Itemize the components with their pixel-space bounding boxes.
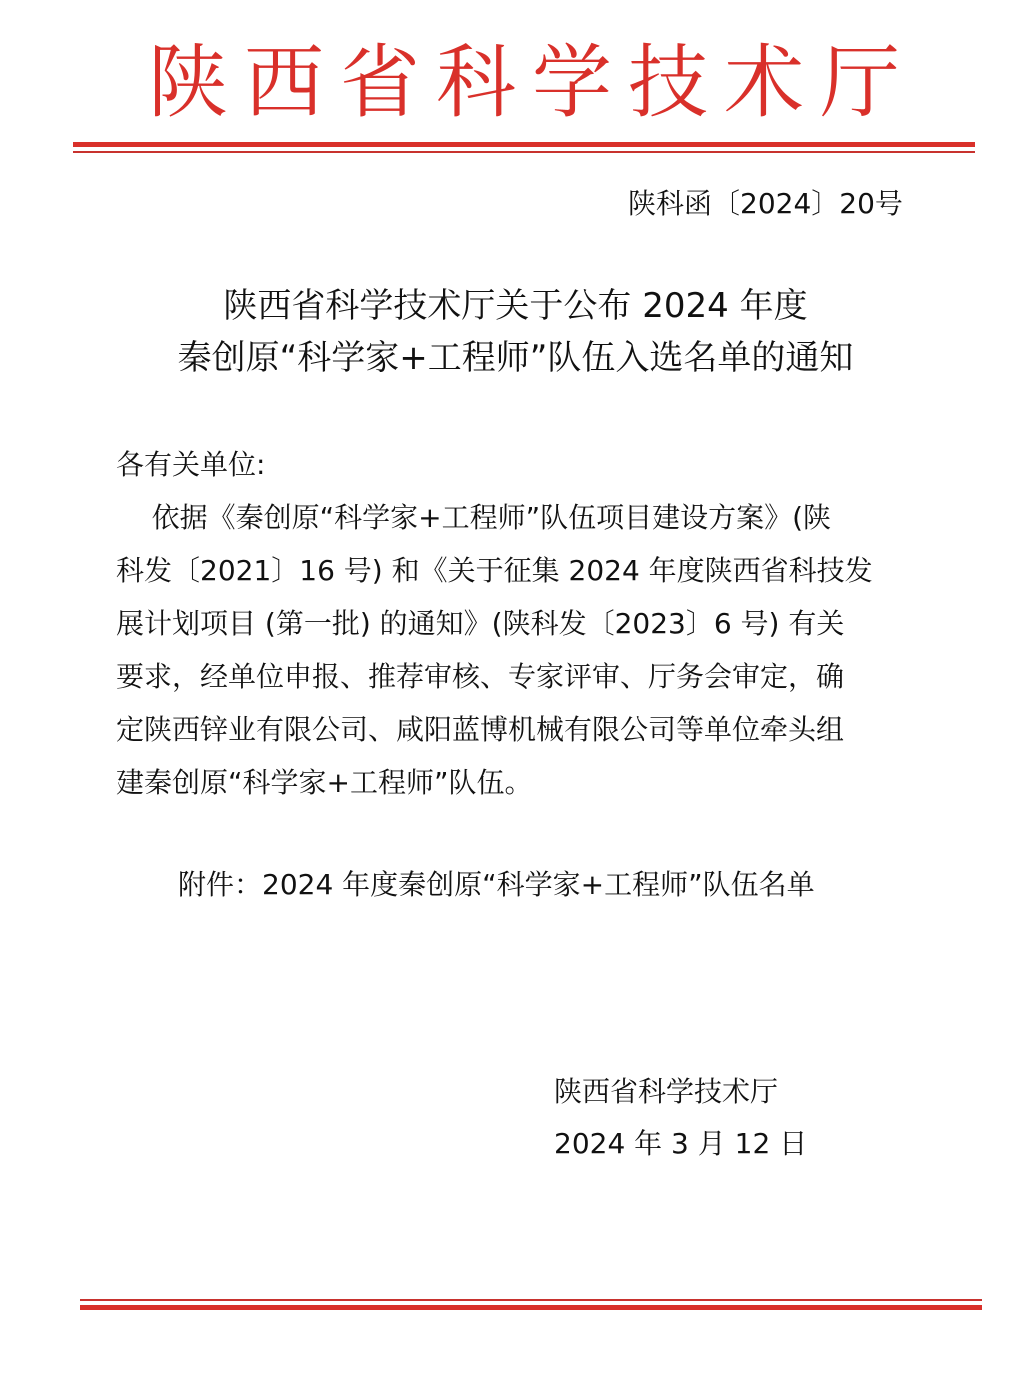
footer-rule-thin <box>80 1299 982 1301</box>
document-title-line2: 秦创原“科学家+工程师”队伍入选名单的通知 <box>0 332 1031 384</box>
salutation: 各有关单位: <box>116 438 265 491</box>
document-title-line1: 陕西省科学技术厅关于公布 2024 年度 <box>0 280 1031 332</box>
masthead-rule-thick <box>73 142 975 147</box>
body-line: 建秦创原“科学家+工程师”队伍。 <box>116 756 532 809</box>
masthead-org-name: 陕西省科学技术厅 <box>148 38 916 128</box>
signature-issuer: 陕西省科学技术厅 <box>554 1072 778 1112</box>
document-number: 陕科函〔2024〕20号 <box>628 184 903 224</box>
body-line: 科发〔2021〕16 号) 和《关于征集 2024 年度陕西省科技发 <box>116 544 873 597</box>
body-line: 定陕西锌业有限公司、咸阳蓝博机械有限公司等单位牵头组 <box>116 703 844 756</box>
body-line: 依据《秦创原“科学家+工程师”队伍项目建设方案》(陕 <box>116 491 831 544</box>
attachment-note: 附件：2024 年度秦创原“科学家+工程师”队伍名单 <box>178 858 815 911</box>
signature-date: 2024 年 3 月 12 日 <box>554 1124 807 1164</box>
body-line: 展计划项目 (第一批) 的通知》(陕科发〔2023〕6 号) 有关 <box>116 597 844 650</box>
masthead-rule-thin <box>73 151 975 153</box>
body-line: 要求，经单位申报、推荐审核、专家评审、厅务会审定，确 <box>116 650 844 703</box>
footer-rule-thick <box>80 1305 982 1310</box>
